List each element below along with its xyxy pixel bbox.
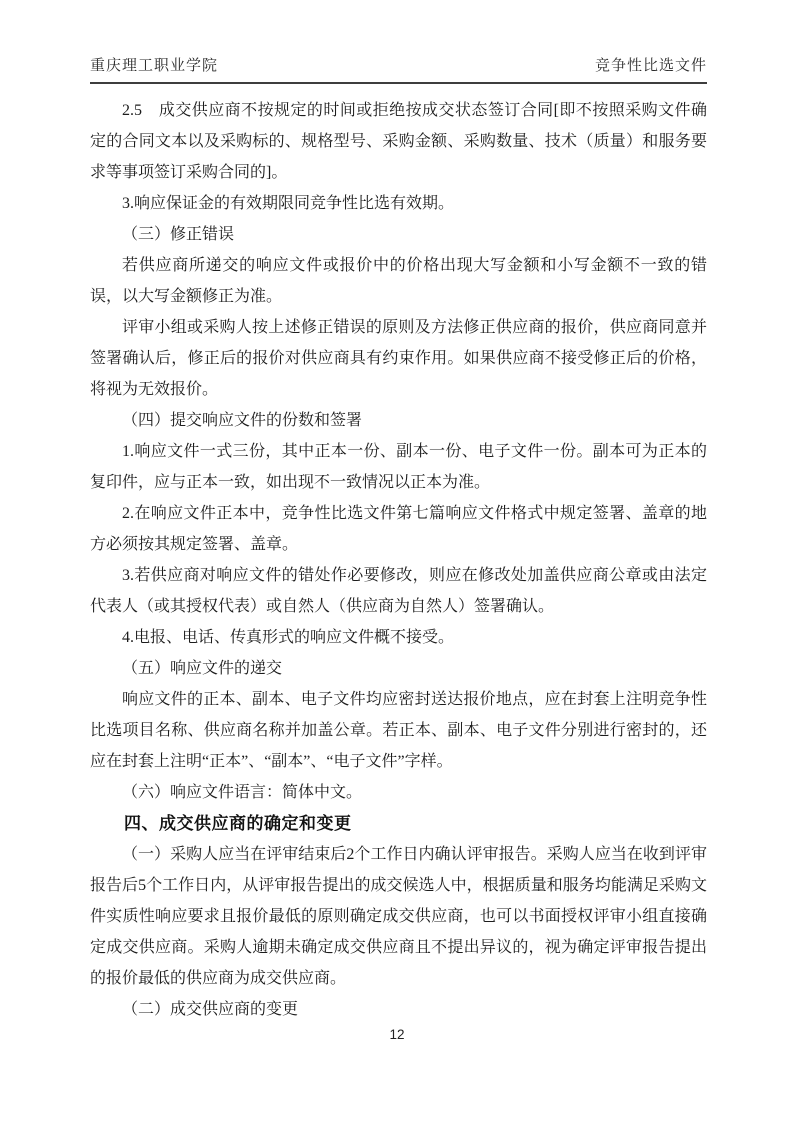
paragraph-clause-2-5: 2.5 成交供应商不按规定的时间或拒绝按成交状态签订合同[即不按照采购文件确定的… [90, 95, 707, 188]
paragraph-copies-rule-4: 4.电报、电话、传真形式的响应文件概不接受。 [90, 622, 707, 653]
document-page: 重庆理工职业学院 竞争性比选文件 2.5 成交供应商不按规定的时间或拒绝按成交状… [0, 0, 794, 1122]
paragraph-clause-3-deposit: 3.响应保证金的有效期限同竞争性比选有效期。 [90, 188, 707, 219]
paragraph-subheading-submission: （五）响应文件的递交 [90, 653, 707, 684]
header-left-org-name: 重庆理工职业学院 [90, 54, 218, 75]
paragraph-submission-rule: 响应文件的正本、副本、电子文件均应密封送达报价地点，应在封套上注明竞争性比选项目… [90, 684, 707, 777]
paragraph-copies-rule-3: 3.若供应商对响应文件的错处作必要修改，则应在修改处加盖供应商公章或由法定代表人… [90, 560, 707, 622]
page-footer: 12 [0, 1026, 794, 1044]
paragraph-winner-determination: （一）采购人应当在评审结束后2个工作日内确认评审报告。采购人应当在收到评审报告后… [90, 839, 707, 994]
page-header: 重庆理工职业学院 竞争性比选文件 [90, 54, 707, 84]
paragraph-correction-binding: 评审小组或采购人按上述修正错误的原则及方法修正供应商的报价，供应商同意并签署确认… [90, 312, 707, 405]
section-heading-winner-determination: 四、成交供应商的确定和变更 [90, 808, 707, 839]
paragraph-copies-rule-2: 2.在响应文件正本中，竞争性比选文件第七篇响应文件格式中规定签署、盖章的地方必须… [90, 498, 707, 560]
paragraph-copies-rule-1: 1.响应文件一式三份，其中正本一份、副本一份、电子文件一份。副本可为正本的复印件… [90, 436, 707, 498]
paragraph-subheading-copies-signing: （四）提交响应文件的份数和签署 [90, 405, 707, 436]
document-body: 2.5 成交供应商不按规定的时间或拒绝按成交状态签订合同[即不按照采购文件确定的… [90, 84, 707, 1025]
paragraph-subheading-correction: （三）修正错误 [90, 219, 707, 250]
page-number: 12 [389, 1027, 404, 1042]
paragraph-subheading-winner-change: （二）成交供应商的变更 [90, 994, 707, 1025]
paragraph-subheading-language: （六）响应文件语言：简体中文。 [90, 777, 707, 808]
paragraph-correction-rule: 若供应商所递交的响应文件或报价中的价格出现大写金额和小写金额不一致的错误，以大写… [90, 250, 707, 312]
header-right-doc-type: 竞争性比选文件 [595, 54, 707, 75]
